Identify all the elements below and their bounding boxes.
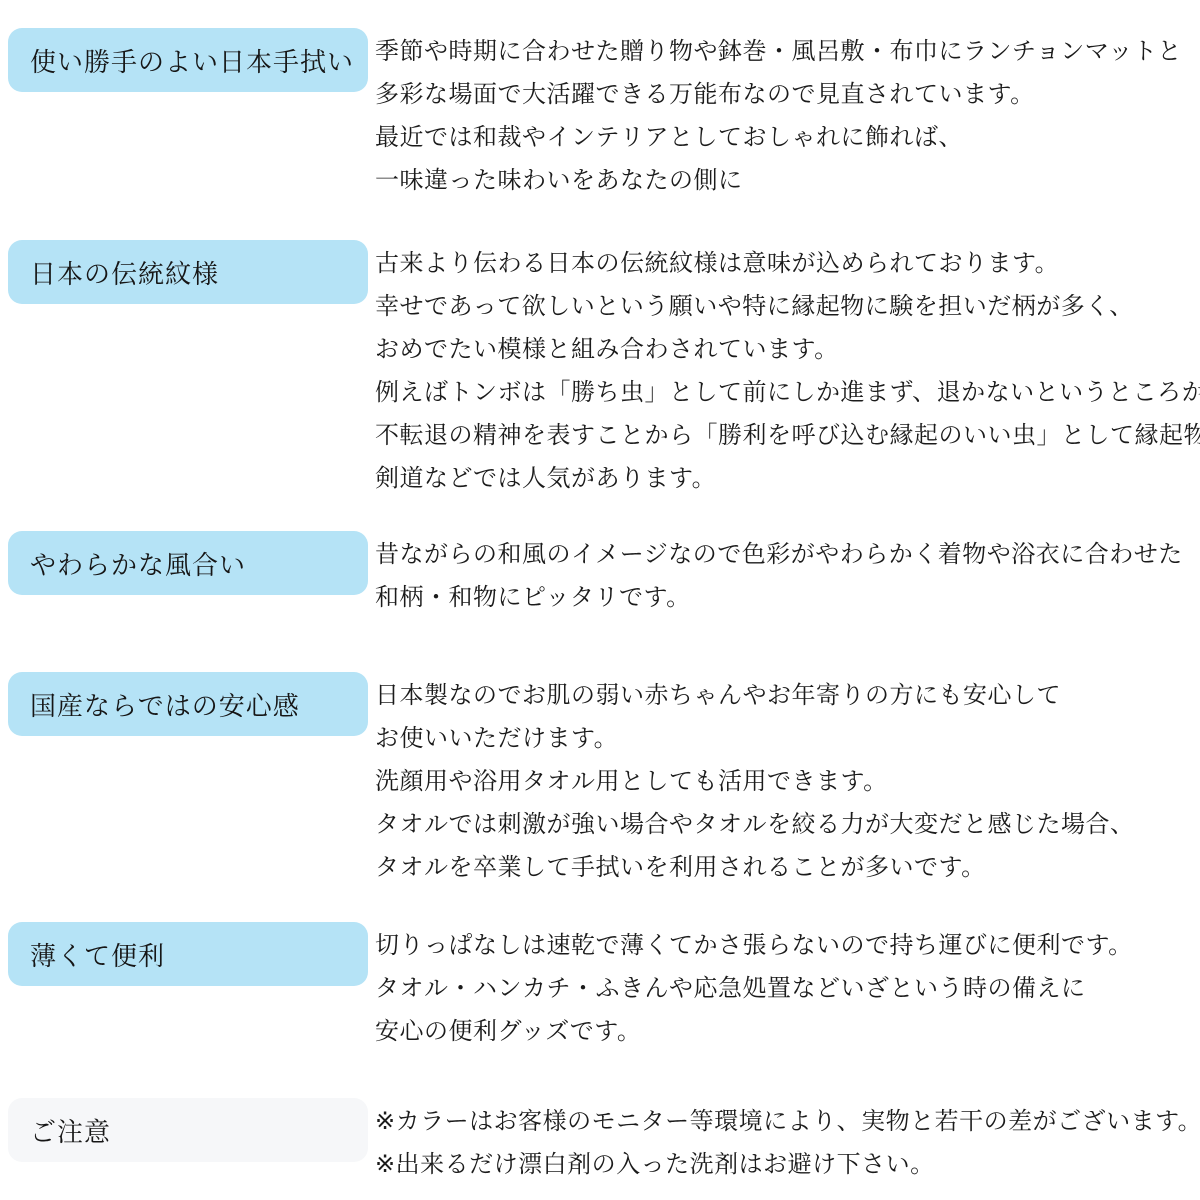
body-line: 切りっぱなしは速乾で薄くてかさ張らないので持ち運びに便利です。 (375, 924, 1133, 967)
body-line: お使いいただけます。 (375, 717, 1135, 760)
section-body: 昔ながらの和風のイメージなので色彩がやわらかく着物や浴衣に合わせた 和柄・和物に… (375, 533, 1183, 619)
section-body: 日本製なのでお肌の弱い赤ちゃんやお年寄りの方にも安心して お使いいただけます。 … (375, 674, 1135, 889)
body-line: 古来より伝わる日本の伝統紋様は意味が込められております。 (375, 242, 1200, 285)
section-label: ご注意 (8, 1098, 368, 1162)
body-line: 和柄・和物にピッタリです。 (375, 576, 1183, 619)
section-body: ※カラーはお客様のモニター等環境により、実物と若干の差がございます。 ※出来るだ… (375, 1100, 1200, 1186)
section-body: 季節や時期に合わせた贈り物や鉢巻・風呂敷・布巾にランチョンマットと 多彩な場面で… (375, 30, 1182, 202)
body-line: 洗顔用や浴用タオル用としても活用できます。 (375, 760, 1135, 803)
body-line: 最近では和裁やインテリアとしておしゃれに飾れば、 (375, 116, 1182, 159)
body-line: 季節や時期に合わせた贈り物や鉢巻・風呂敷・布巾にランチョンマットと (375, 30, 1182, 73)
body-line: 剣道などでは人気があります。 (375, 457, 1200, 500)
section-label: 日本の伝統紋様 (8, 240, 368, 304)
body-line: タオルを卒業して手拭いを利用されることが多いです。 (375, 846, 1135, 889)
body-line: 日本製なのでお肌の弱い赤ちゃんやお年寄りの方にも安心して (375, 674, 1135, 717)
body-line: タオルでは刺激が強い場合やタオルを絞る力が大変だと感じた場合、 (375, 803, 1135, 846)
section-body: 切りっぱなしは速乾で薄くてかさ張らないので持ち運びに便利です。 タオル・ハンカチ… (375, 924, 1133, 1053)
body-line: 一味違った味わいをあなたの側に (375, 159, 1182, 202)
section-label: 薄くて便利 (8, 922, 368, 986)
body-line: 昔ながらの和風のイメージなので色彩がやわらかく着物や浴衣に合わせた (375, 533, 1183, 576)
body-line: 幸せであって欲しいという願いや特に縁起物に験を担いだ柄が多く、 (375, 285, 1200, 328)
body-line: おめでたい模様と組み合わされています。 (375, 328, 1200, 371)
body-line: タオル・ハンカチ・ふきんや応急処置などいざという時の備えに (375, 967, 1133, 1010)
body-line: ※カラーはお客様のモニター等環境により、実物と若干の差がございます。 (375, 1100, 1200, 1143)
body-line: 不転退の精神を表すことから「勝利を呼び込む縁起のいい虫」として縁起物とされ (375, 414, 1200, 457)
section-label: 国産ならではの安心感 (8, 672, 368, 736)
body-line: 多彩な場面で大活躍できる万能布なので見直されています。 (375, 73, 1182, 116)
body-line: ※出来るだけ漂白剤の入った洗剤はお避け下さい。 (375, 1143, 1200, 1186)
section-label: やわらかな風合い (8, 531, 368, 595)
section-body: 古来より伝わる日本の伝統紋様は意味が込められております。 幸せであって欲しいとい… (375, 242, 1200, 500)
body-line: 安心の便利グッズです。 (375, 1010, 1133, 1053)
body-line: 例えばトンボは「勝ち虫」として前にしか進まず、退かないというところから (375, 371, 1200, 414)
section-label: 使い勝手のよい日本手拭い (8, 28, 368, 92)
